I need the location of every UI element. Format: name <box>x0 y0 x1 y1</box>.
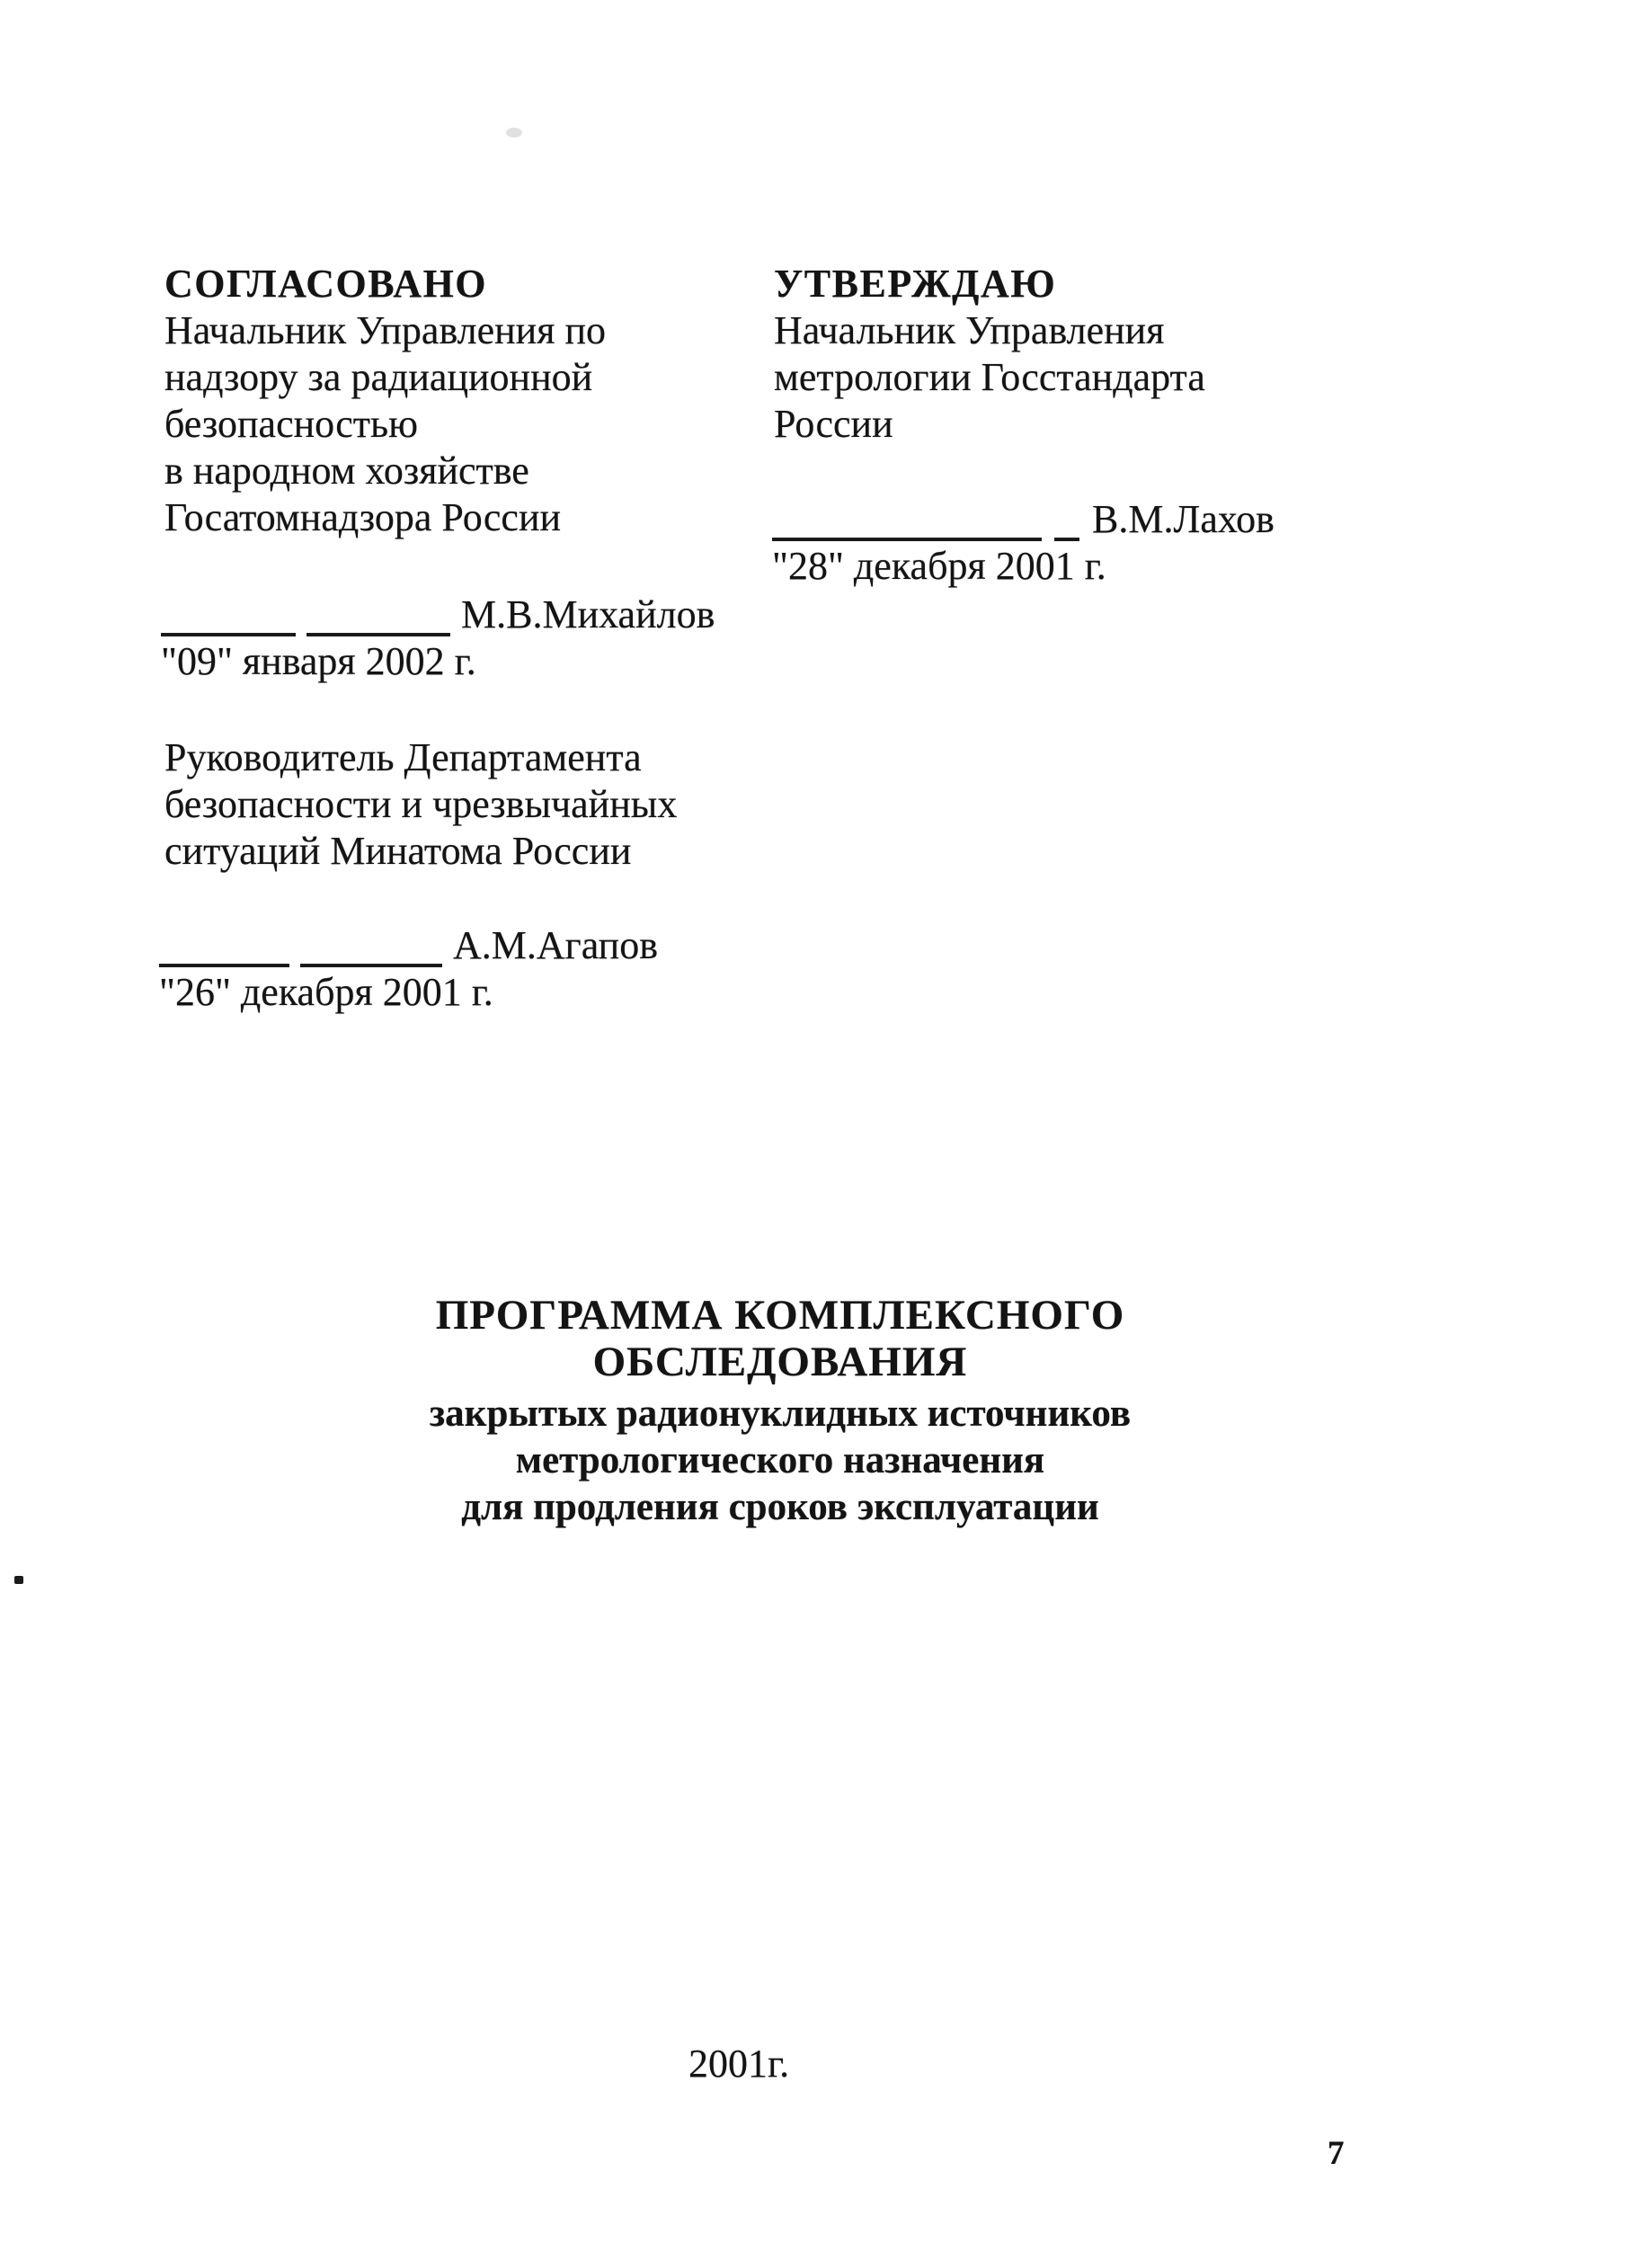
title-line: ПРОГРАММА КОМПЛЕКСНОГО <box>0 1292 1560 1339</box>
agreed-header: СОГЛАСОВАНО <box>164 261 606 307</box>
signature-row: А.М.Агапов <box>159 922 658 969</box>
approval-line: надзору за радиационной <box>164 354 606 401</box>
approval-line: в народном хозяйстве <box>164 448 606 494</box>
signature-line <box>306 633 450 636</box>
signature-date: "09" января 2002 г. <box>161 638 715 685</box>
signature-row: М.В.Михайлов <box>161 592 715 638</box>
document-page: СОГЛАСОВАНО Начальник Управления по надз… <box>0 0 1652 2260</box>
approval-line: безопасностью <box>164 401 606 448</box>
scan-artifact <box>14 1576 23 1584</box>
signature-line <box>772 538 1042 541</box>
signature-line <box>161 633 296 636</box>
year-label: 2001г. <box>688 2041 789 2086</box>
signatory-name: М.В.Михайлов <box>461 592 715 636</box>
approval-line: Начальник Управления <box>774 307 1205 354</box>
title-line: метрологического назначения <box>0 1437 1560 1484</box>
approval-line: ситуаций Минатома России <box>164 828 677 875</box>
approval-line: России <box>774 401 1205 448</box>
approved-header: УТВЕРЖДАЮ <box>774 261 1205 307</box>
title-line: для продления сроков эксплуатации <box>0 1484 1560 1531</box>
signature-date: "26" декабря 2001 г. <box>159 969 658 1016</box>
title-line: ОБСЛЕДОВАНИЯ <box>0 1339 1560 1385</box>
signatory-name: В.М.Лахов <box>1092 497 1275 541</box>
approval-line: Руководитель Департамента <box>164 734 677 781</box>
signature-row: В.М.Лахов <box>772 496 1275 543</box>
mikhailov-signature-block: М.В.Михайлов "09" января 2002 г. <box>161 592 715 685</box>
title-line: закрытых радионуклидных источников <box>0 1391 1560 1437</box>
document-title: ПРОГРАММА КОМПЛЕКСНОГО ОБСЛЕДОВАНИЯ закр… <box>0 1292 1560 1531</box>
approval-line: Госатомнадзора России <box>164 494 606 541</box>
approval-line: метрологии Госстандарта <box>774 354 1205 401</box>
signature-line <box>159 964 289 967</box>
department-head-block: Руководитель Департамента безопасности и… <box>164 734 677 875</box>
approval-line: безопасности и чрезвычайных <box>164 781 677 828</box>
approved-approval-block: УТВЕРЖДАЮ Начальник Управления метрологи… <box>774 261 1205 448</box>
lakhov-signature-block: В.М.Лахов "28" декабря 2001 г. <box>772 496 1275 590</box>
signature-line <box>1054 538 1079 541</box>
scan-artifact <box>506 128 522 138</box>
agapov-signature-block: А.М.Агапов "26" декабря 2001 г. <box>159 922 658 1016</box>
approval-line: Начальник Управления по <box>164 307 606 354</box>
agreed-approval-block: СОГЛАСОВАНО Начальник Управления по надз… <box>164 261 606 541</box>
signature-line <box>300 964 442 967</box>
signatory-name: А.М.Агапов <box>453 923 658 967</box>
signature-date: "28" декабря 2001 г. <box>772 543 1275 590</box>
page-number: 7 <box>1328 2134 1345 2173</box>
